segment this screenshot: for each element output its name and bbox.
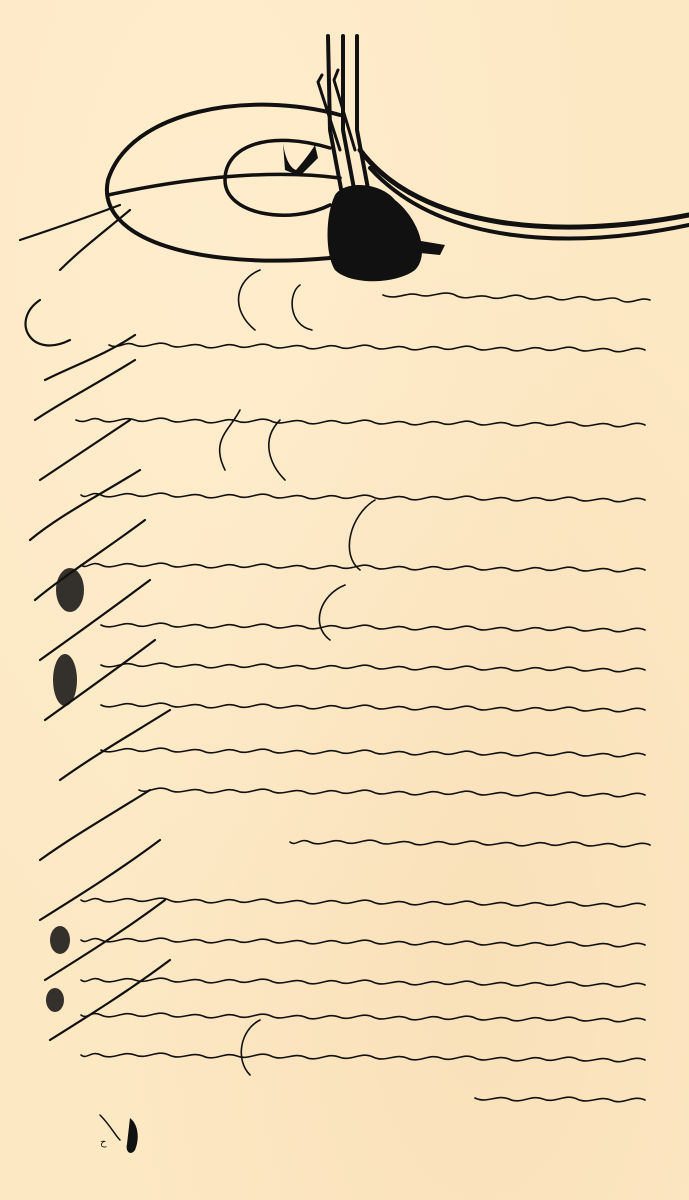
seal-mark: ح [100, 1115, 138, 1153]
svg-text:ح: ح [100, 1137, 107, 1148]
calligraphy-text: ح [0, 0, 689, 1200]
ferman-page: ح [0, 0, 689, 1200]
